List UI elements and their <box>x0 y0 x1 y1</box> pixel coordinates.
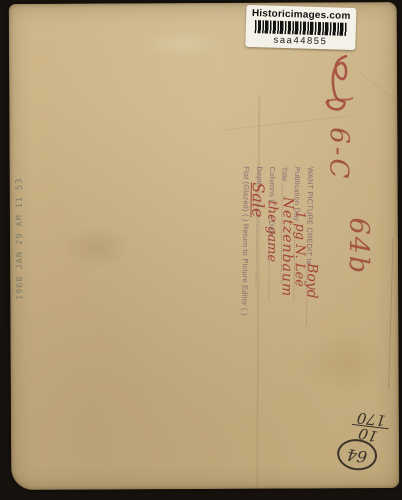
barcode-label: Historicimages.com saa44855 <box>245 5 356 50</box>
photo-back-paper: Historicimages.com saa44855 6-C 64b WANT… <box>9 2 400 490</box>
received-date-stamp: 1968 JAN 29 AM 11 53 <box>15 182 32 300</box>
paper-stain <box>300 332 390 392</box>
label-code-text: saa44855 <box>273 34 327 47</box>
barcode-icon <box>255 20 347 36</box>
paper-stain <box>139 31 223 57</box>
handwriting-note-4: Sale <box>251 182 264 217</box>
picture-credit-stamp: WANT PICTURE CREDIT to .................… <box>234 166 316 337</box>
fraction-denominator: 170 <box>352 409 390 429</box>
paper-stain <box>62 225 132 269</box>
scanned-photo-back: Historicimages.com saa44855 6-C 64b WANT… <box>0 0 402 500</box>
right-edge-crease <box>388 239 393 389</box>
handwriting-note-2: Netzenbaum <box>279 197 293 298</box>
handwritten-code-6c: 6-C <box>319 114 354 194</box>
diagonal-crease-topright <box>359 72 402 118</box>
handwritten-code-64b: 64b <box>333 203 374 289</box>
red-flourish-scribble <box>312 52 364 116</box>
